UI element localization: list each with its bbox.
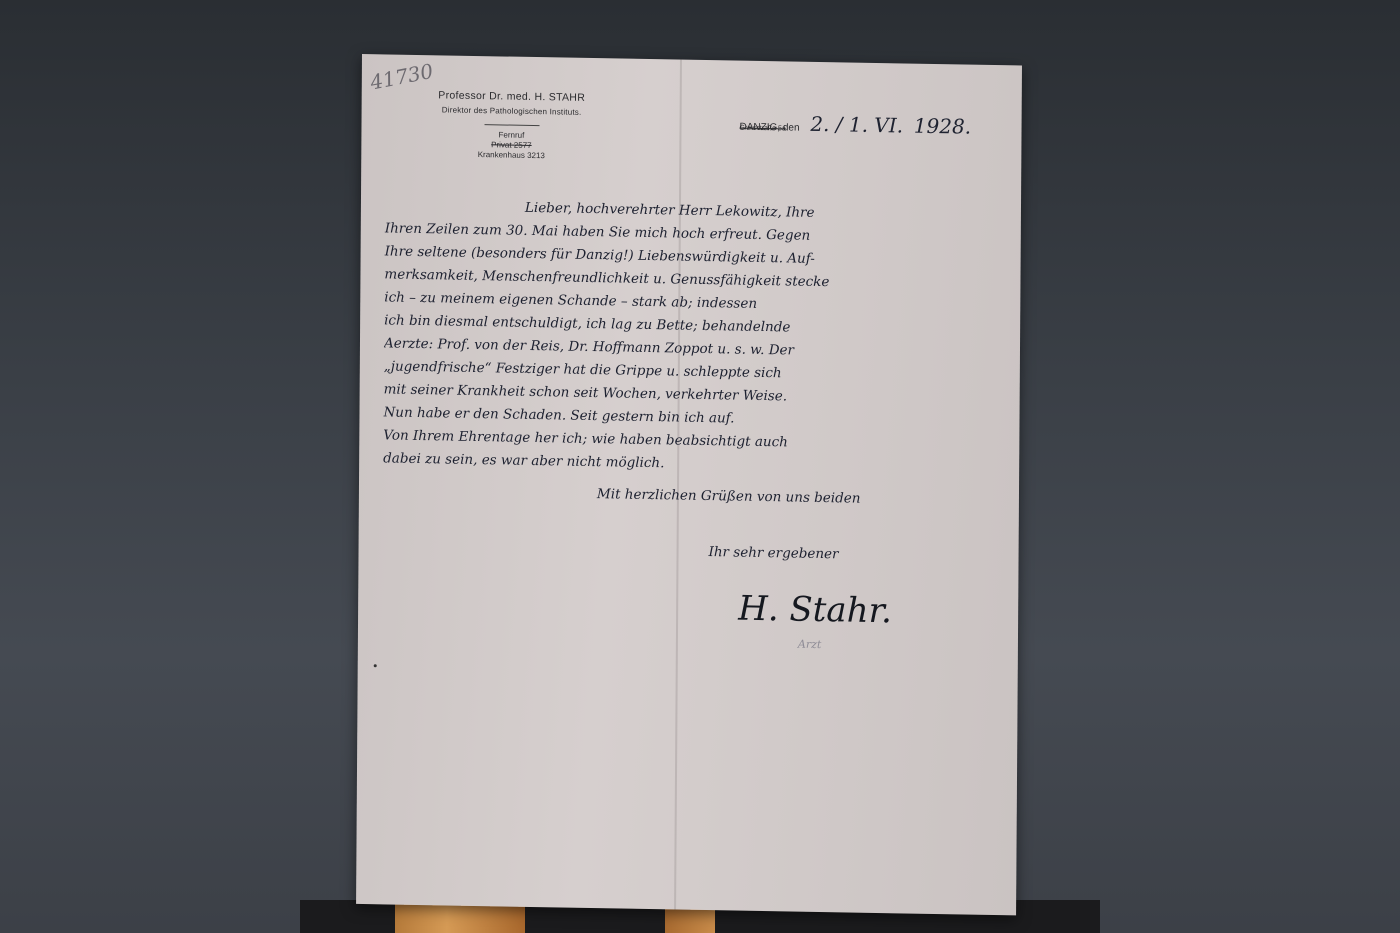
fold-line — [674, 60, 682, 910]
handwritten-date: 2. / 1. VI. — [810, 112, 903, 138]
letter-body: Lieber, hochverehrter Herr Lekowitz, Ihr… — [383, 194, 997, 481]
pencil-annotation: Arzt — [798, 638, 822, 651]
signature: H. Stahr. — [738, 589, 892, 632]
year: 1928. — [914, 114, 971, 139]
letterhead: Professor Dr. med. H. STAHR Direktor des… — [396, 89, 626, 163]
letterhead-title: Direktor des Pathologischen Instituts. — [397, 105, 627, 118]
dateline: DANZIG, den 2. / 1. VI. 1928. Greisstraß… — [739, 111, 971, 139]
letterhead-divider — [484, 124, 539, 126]
closing: Mit herzlichen Grüßen von uns beiden — [597, 486, 861, 507]
struck-address: Greisstraße 5a — [739, 125, 785, 133]
ink-dot — [374, 664, 377, 667]
letterhead-name: Professor Dr. med. H. STAHR — [397, 89, 627, 105]
letter-sheet: 41730 Professor Dr. med. H. STAHR Direkt… — [356, 54, 1022, 915]
valediction: Ihr sehr ergebener — [709, 544, 839, 562]
